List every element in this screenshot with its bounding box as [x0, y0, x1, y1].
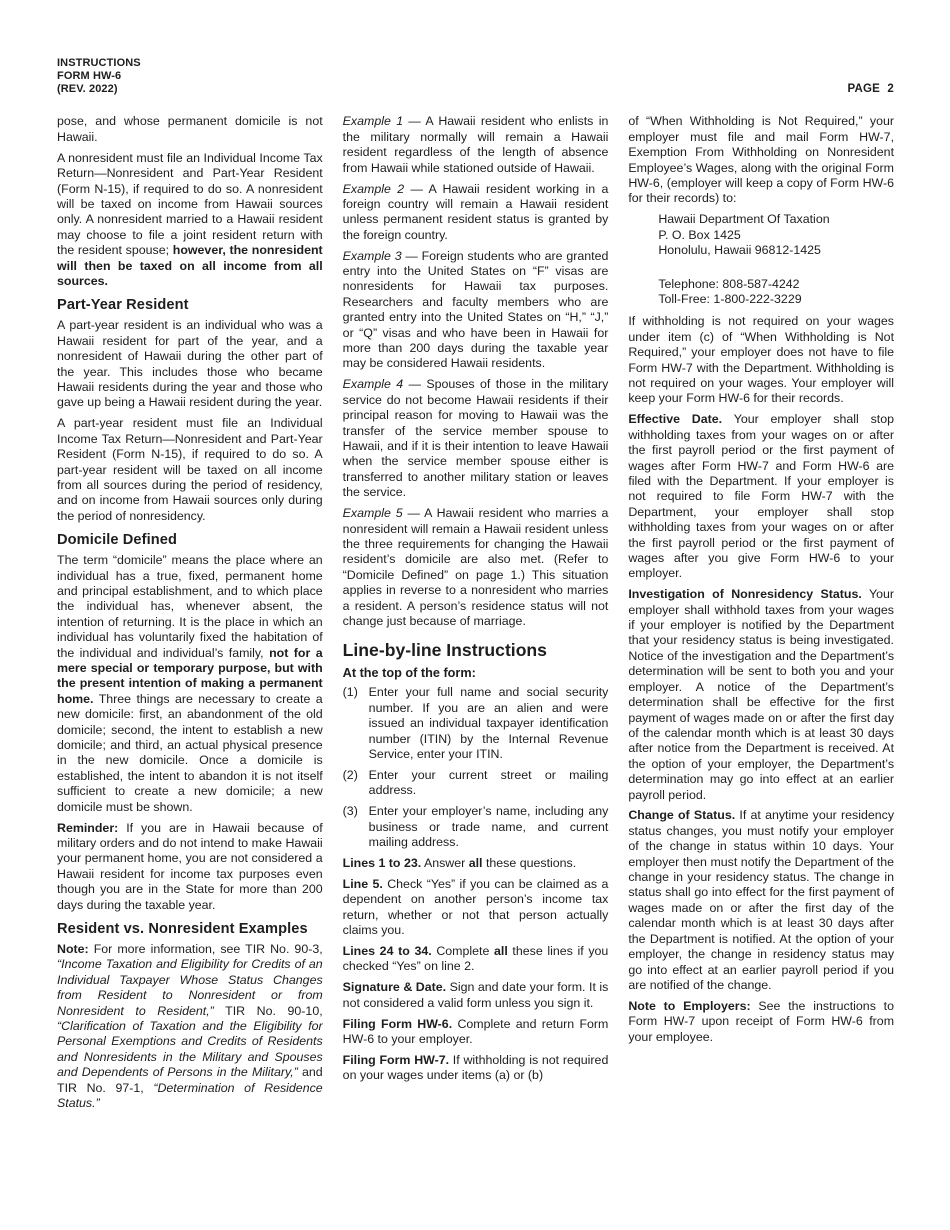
text-run: Example 4 — [343, 377, 404, 391]
text-run: Change of Status. — [628, 808, 735, 822]
paragraph: Lines 24 to 34. Complete all these lines… — [343, 944, 609, 975]
text-run: all — [494, 944, 508, 958]
paragraph: Example 3 — Foreign students who are gra… — [343, 249, 609, 372]
document-page: INSTRUCTIONS FORM HW-6 (REV. 2022) PAGE … — [0, 0, 950, 1230]
text-run: all — [469, 856, 483, 870]
paragraph: Example 1 — A Hawaii resident who enlist… — [343, 114, 609, 176]
section-heading: Domicile Defined — [57, 532, 323, 548]
paragraph: Note: For more information, see TIR No. … — [57, 942, 323, 1111]
paragraph: pose, and whose permanent domicile is no… — [57, 114, 323, 145]
paragraph: Lines 1 to 23. Answer all these question… — [343, 856, 609, 871]
text-run: A nonresident must file an Individual In… — [57, 151, 323, 257]
main-heading: Line-by-line Instructions — [343, 640, 609, 661]
address-line: Telephone: 808-587-4242 — [658, 277, 894, 292]
text-run: Example 1 — [343, 114, 403, 128]
list-item-number: (1) — [343, 685, 369, 700]
text-run: TIR No. 90-10, — [214, 1004, 323, 1018]
paragraph: Filing Form HW-7. If withholding is not … — [343, 1053, 609, 1084]
paragraph: A part-year resident must file an Indivi… — [57, 416, 323, 524]
paragraph: Example 4 — Spouses of those in the mili… — [343, 377, 609, 500]
text-run: Filing Form HW-6. — [343, 1017, 452, 1031]
paragraph: Filing Form HW-6. Complete and return Fo… — [343, 1017, 609, 1048]
text-run: Line 5. — [343, 877, 383, 891]
paragraph: Change of Status. If at anytime your res… — [628, 808, 894, 993]
text-run: Note to Employers: — [628, 999, 750, 1013]
list-item-number: (3) — [343, 804, 369, 819]
text-run: Enter your current street or mailing add… — [369, 768, 609, 797]
text-run: Lines 1 to 23. — [343, 856, 422, 870]
list-item: (3)Enter your employer’s name, including… — [343, 804, 609, 850]
form-id-block: INSTRUCTIONS FORM HW-6 (REV. 2022) — [57, 57, 141, 95]
header-line-revision: (REV. 2022) — [57, 83, 141, 96]
text-run: Signature & Date. — [343, 980, 446, 994]
paragraph: of “When Withholding is Not Required,” y… — [628, 114, 894, 206]
text-run: Check “Yes” if you can be claimed as a d… — [343, 877, 609, 937]
text-run: Filing Form HW-7. — [343, 1053, 449, 1067]
address-line: P. O. Box 1425 — [658, 228, 894, 243]
list-item: (1)Enter your full name and social secur… — [343, 685, 609, 762]
paragraph: Effective Date. Your employer shall stop… — [628, 412, 894, 581]
mailing-address: Hawaii Department Of TaxationP. O. Box 1… — [658, 212, 894, 307]
text-run: Three things are necessary to create a n… — [57, 692, 323, 814]
text-run: these questions. — [483, 856, 577, 870]
text-run: A part-year resident is an individual wh… — [57, 318, 323, 409]
text-run: The term “domicile” means the place wher… — [57, 553, 323, 659]
paragraph: The term “domicile” means the place wher… — [57, 553, 323, 815]
paragraph: Example 5 — A Hawaii resident who marrie… — [343, 506, 609, 629]
text-run: Effective Date. — [628, 412, 722, 426]
text-run: Example 3 — [343, 249, 402, 263]
list-item: (2)Enter your current street or mailing … — [343, 768, 609, 799]
text-run: — A Hawaii resident who marries a nonres… — [343, 506, 609, 628]
paragraph: Investigation of Nonresidency Status. Yo… — [628, 587, 894, 803]
address-line: Toll-Free: 1-800-222-3229 — [658, 292, 894, 307]
content-columns: pose, and whose permanent domicile is no… — [57, 114, 894, 1117]
text-run: of “When Withholding is Not Required,” y… — [628, 114, 894, 205]
text-run: If withholding is not required on your w… — [628, 314, 894, 405]
paragraph: Signature & Date. Sign and date your for… — [343, 980, 609, 1011]
address-gap — [658, 259, 894, 277]
text-run: Your employer shall withhold taxes from … — [628, 587, 894, 801]
header-line-form-number: FORM HW-6 — [57, 70, 141, 83]
text-run: — Spouses of those in the military servi… — [343, 377, 609, 499]
address-line: Hawaii Department Of Taxation — [658, 212, 894, 227]
text-run: Example 5 — [343, 506, 403, 520]
column-2: Example 1 — A Hawaii resident who enlist… — [343, 114, 609, 1117]
header-line-instructions: INSTRUCTIONS — [57, 57, 141, 70]
paragraph: Reminder: If you are in Hawaii because o… — [57, 821, 323, 913]
paragraph: A nonresident must file an Individual In… — [57, 151, 323, 290]
column-3: of “When Withholding is Not Required,” y… — [628, 114, 894, 1117]
text-run: “Clarification of Taxation and the Eligi… — [57, 1019, 323, 1079]
paragraph: Note to Employers: See the instructions … — [628, 999, 894, 1045]
paragraph: A part-year resident is an individual wh… — [57, 318, 323, 410]
text-run: Complete — [432, 944, 494, 958]
paragraph: Line 5. Check “Yes” if you can be claime… — [343, 877, 609, 939]
text-run: Reminder: — [57, 821, 118, 835]
address-line: Honolulu, Hawaii 96812-1425 — [658, 243, 894, 258]
page-number: PAGE 2 — [847, 83, 894, 95]
text-run: Enter your employer’s name, including an… — [369, 804, 609, 849]
text-run: Enter your full name and social security… — [369, 685, 609, 761]
text-run: Investigation of Nonresidency Status. — [628, 587, 861, 601]
text-run: A part-year resident must file an Indivi… — [57, 416, 323, 522]
column-1: pose, and whose permanent domicile is no… — [57, 114, 323, 1117]
text-run: pose, and whose permanent domicile is no… — [57, 114, 323, 143]
text-run: Your employer shall stop withholding tax… — [628, 412, 894, 580]
text-run: Note: — [57, 942, 89, 956]
text-run: — Foreign students who are granted entry… — [343, 249, 609, 371]
section-heading: Resident vs. Nonresident Examples — [57, 921, 323, 937]
section-heading: Part-Year Resident — [57, 297, 323, 313]
page-header: INSTRUCTIONS FORM HW-6 (REV. 2022) PAGE … — [57, 57, 894, 95]
text-run: Answer — [421, 856, 469, 870]
paragraph: If withholding is not required on your w… — [628, 314, 894, 406]
list-item-number: (2) — [343, 768, 369, 783]
text-run: For more information, see TIR No. 90-3, — [89, 942, 323, 956]
text-run: If at anytime your residency status chan… — [628, 808, 894, 991]
sub-heading: At the top of the form: — [343, 666, 609, 680]
text-run: Lines 24 to 34. — [343, 944, 432, 958]
paragraph: Example 2 — A Hawaii resident working in… — [343, 182, 609, 244]
text-run: Example 2 — [343, 182, 404, 196]
